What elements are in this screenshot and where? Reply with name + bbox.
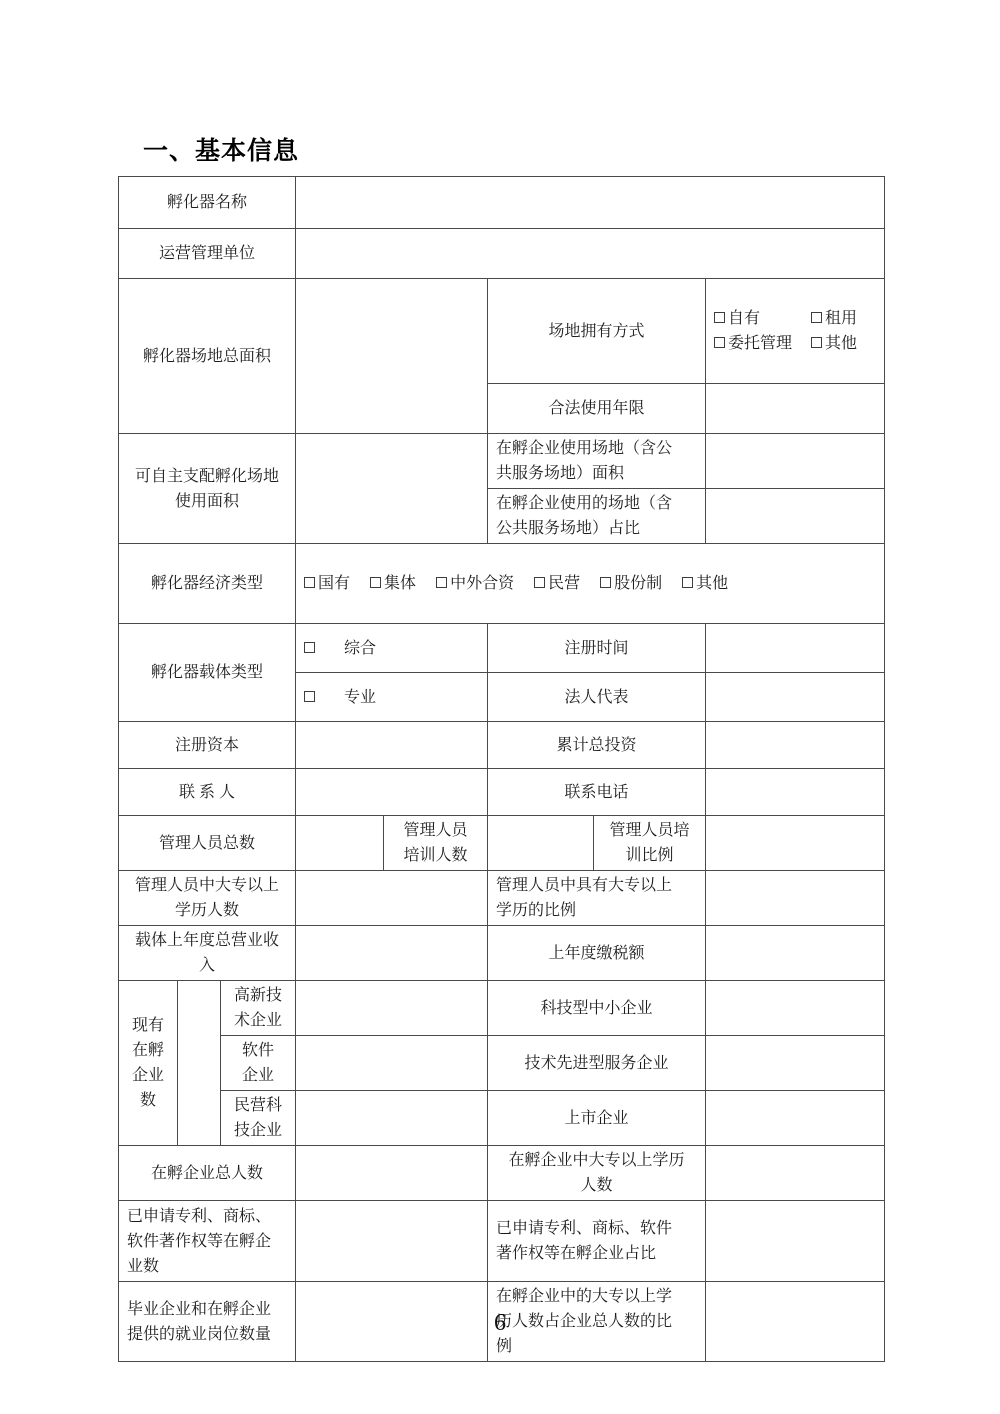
basic-info-table: 孵化器名称 运营管理单位 孵化器场地总面积 场地拥有方式 自有 租用 委托管理 … bbox=[118, 176, 885, 1362]
private-scitech-label: 民营科 技企业 bbox=[221, 1091, 296, 1146]
checkbox-option-state-owned[interactable]: 国有 bbox=[304, 571, 350, 596]
manager-train-ratio-field[interactable] bbox=[706, 816, 885, 871]
annual-tax-label: 上年度缴税额 bbox=[488, 926, 706, 981]
checkbox-option-private[interactable]: 民营 bbox=[534, 571, 580, 596]
total-investment-field[interactable] bbox=[706, 722, 885, 769]
current-tenants-label: 现有 在孵 企业 数 bbox=[119, 981, 178, 1146]
registration-time-field[interactable] bbox=[706, 624, 885, 673]
legal-use-years-label: 合法使用年限 bbox=[488, 384, 706, 434]
checkbox-option-entrusted[interactable]: 委托管理 bbox=[714, 331, 811, 356]
software-enterprise-label: 软件 企业 bbox=[221, 1036, 296, 1091]
checkbox-label: 委托管理 bbox=[728, 335, 792, 352]
checkbox-label: 国有 bbox=[318, 575, 350, 592]
total-site-area-field[interactable] bbox=[296, 279, 488, 434]
registration-time-label: 注册时间 bbox=[488, 624, 706, 673]
contact-person-field[interactable] bbox=[296, 769, 488, 816]
tenant-used-area-field[interactable] bbox=[706, 434, 885, 489]
checkbox-icon[interactable] bbox=[811, 312, 822, 323]
manager-college-count-label: 管理人员中大专以上 学历人数 bbox=[119, 871, 296, 926]
manager-college-ratio-label: 管理人员中具有大专以上 学历的比例 bbox=[488, 871, 706, 926]
manager-total-field[interactable] bbox=[296, 816, 384, 871]
ip-company-ratio-field[interactable] bbox=[706, 1201, 885, 1282]
annual-revenue-field[interactable] bbox=[296, 926, 488, 981]
checkbox-icon[interactable] bbox=[682, 577, 693, 588]
total-investment-label: 累计总投资 bbox=[488, 722, 706, 769]
checkbox-option-joint-venture[interactable]: 中外合资 bbox=[436, 571, 514, 596]
checkbox-option-other-ownership[interactable]: 其他 bbox=[811, 331, 876, 356]
checkbox-label: 其他 bbox=[696, 575, 728, 592]
incubator-name-label: 孵化器名称 bbox=[119, 177, 296, 229]
checkbox-icon[interactable] bbox=[714, 337, 725, 348]
checkbox-option-rented[interactable]: 租用 bbox=[811, 306, 876, 331]
checkbox-icon[interactable] bbox=[436, 577, 447, 588]
economic-type-options-cell: 国有 集体 中外合资 民营 股份制 其他 bbox=[296, 544, 885, 624]
software-enterprise-field[interactable] bbox=[296, 1036, 488, 1091]
checkbox-label: 集体 bbox=[384, 575, 416, 592]
tenant-college-count-label: 在孵企业中大专以上学历 人数 bbox=[488, 1146, 706, 1201]
total-site-area-label: 孵化器场地总面积 bbox=[119, 279, 296, 434]
annual-revenue-label: 载体上年度总营业收 入 bbox=[119, 926, 296, 981]
checkbox-label: 自有 bbox=[728, 310, 760, 327]
ip-company-count-field[interactable] bbox=[296, 1201, 488, 1282]
checkbox-icon[interactable] bbox=[534, 577, 545, 588]
scitech-sme-label: 科技型中小企业 bbox=[488, 981, 706, 1036]
page-title: 一、基本信息 bbox=[143, 131, 299, 167]
hightech-enterprise-label: 高新技 术企业 bbox=[221, 981, 296, 1036]
operating-unit-field[interactable] bbox=[296, 229, 885, 279]
hightech-enterprise-field[interactable] bbox=[296, 981, 488, 1036]
checkbox-icon[interactable] bbox=[304, 577, 315, 588]
advanced-service-label: 技术先进型服务企业 bbox=[488, 1036, 706, 1091]
economic-type-label: 孵化器经济类型 bbox=[119, 544, 296, 624]
tenant-headcount-field[interactable] bbox=[296, 1146, 488, 1201]
tenant-used-area-ratio-field[interactable] bbox=[706, 489, 885, 544]
tenant-headcount-label: 在孵企业总人数 bbox=[119, 1146, 296, 1201]
contact-person-label: 联 系 人 bbox=[119, 769, 296, 816]
manager-college-count-field[interactable] bbox=[296, 871, 488, 926]
tenant-used-area-label: 在孵企业使用场地（含公 共服务场地）面积 bbox=[488, 434, 706, 489]
annual-tax-field[interactable] bbox=[706, 926, 885, 981]
carrier-type-label: 孵化器载体类型 bbox=[119, 624, 296, 722]
checkbox-icon[interactable] bbox=[714, 312, 725, 323]
checkbox-option-comprehensive[interactable]: 综合 bbox=[296, 624, 488, 673]
checkbox-option-owned[interactable]: 自有 bbox=[714, 306, 811, 331]
private-scitech-field[interactable] bbox=[296, 1091, 488, 1146]
tenant-used-area-ratio-label: 在孵企业使用的场地（含 公共服务场地）占比 bbox=[488, 489, 706, 544]
manager-trained-field[interactable] bbox=[488, 816, 594, 871]
legal-use-years-field[interactable] bbox=[706, 384, 885, 434]
contact-phone-label: 联系电话 bbox=[488, 769, 706, 816]
checkbox-icon[interactable] bbox=[600, 577, 611, 588]
checkbox-label: 租用 bbox=[825, 310, 857, 327]
scitech-sme-field[interactable] bbox=[706, 981, 885, 1036]
checkbox-icon[interactable] bbox=[304, 642, 315, 653]
manager-total-label: 管理人员总数 bbox=[119, 816, 296, 871]
manager-college-ratio-field[interactable] bbox=[706, 871, 885, 926]
manager-trained-label: 管理人员 培训人数 bbox=[384, 816, 488, 871]
site-ownership-options-cell: 自有 租用 委托管理 其他 bbox=[706, 279, 885, 384]
contact-phone-field[interactable] bbox=[706, 769, 885, 816]
legal-representative-field[interactable] bbox=[706, 673, 885, 722]
checkbox-label: 专业 bbox=[344, 689, 376, 706]
self-managed-area-label: 可自主支配孵化场地 使用面积 bbox=[119, 434, 296, 544]
listed-company-field[interactable] bbox=[706, 1091, 885, 1146]
registered-capital-field[interactable] bbox=[296, 722, 488, 769]
checkbox-label: 其他 bbox=[825, 335, 857, 352]
checkbox-option-collective[interactable]: 集体 bbox=[370, 571, 416, 596]
ip-company-ratio-label: 已申请专利、商标、软件 著作权等在孵企业占比 bbox=[488, 1201, 706, 1282]
listed-company-label: 上市企业 bbox=[488, 1091, 706, 1146]
checkbox-label: 民营 bbox=[548, 575, 580, 592]
checkbox-icon[interactable] bbox=[304, 691, 315, 702]
tenant-college-count-field[interactable] bbox=[706, 1146, 885, 1201]
registered-capital-label: 注册资本 bbox=[119, 722, 296, 769]
page-number: 6 bbox=[0, 1310, 1000, 1337]
checkbox-label: 股份制 bbox=[614, 575, 662, 592]
checkbox-option-shareholding[interactable]: 股份制 bbox=[600, 571, 662, 596]
spacer-cell bbox=[178, 981, 221, 1146]
manager-train-ratio-label: 管理人员培 训比例 bbox=[594, 816, 706, 871]
checkbox-option-specialized[interactable]: 专业 bbox=[296, 673, 488, 722]
legal-representative-label: 法人代表 bbox=[488, 673, 706, 722]
checkbox-label: 综合 bbox=[344, 640, 376, 657]
checkbox-icon[interactable] bbox=[811, 337, 822, 348]
ip-company-count-label: 已申请专利、商标、 软件著作权等在孵企 业数 bbox=[119, 1201, 296, 1282]
self-managed-area-field[interactable] bbox=[296, 434, 488, 544]
operating-unit-label: 运营管理单位 bbox=[119, 229, 296, 279]
incubator-name-field[interactable] bbox=[296, 177, 885, 229]
advanced-service-field[interactable] bbox=[706, 1036, 885, 1091]
checkbox-option-other-econ[interactable]: 其他 bbox=[682, 571, 728, 596]
checkbox-icon[interactable] bbox=[370, 577, 381, 588]
site-ownership-label: 场地拥有方式 bbox=[488, 279, 706, 384]
checkbox-label: 中外合资 bbox=[450, 575, 514, 592]
